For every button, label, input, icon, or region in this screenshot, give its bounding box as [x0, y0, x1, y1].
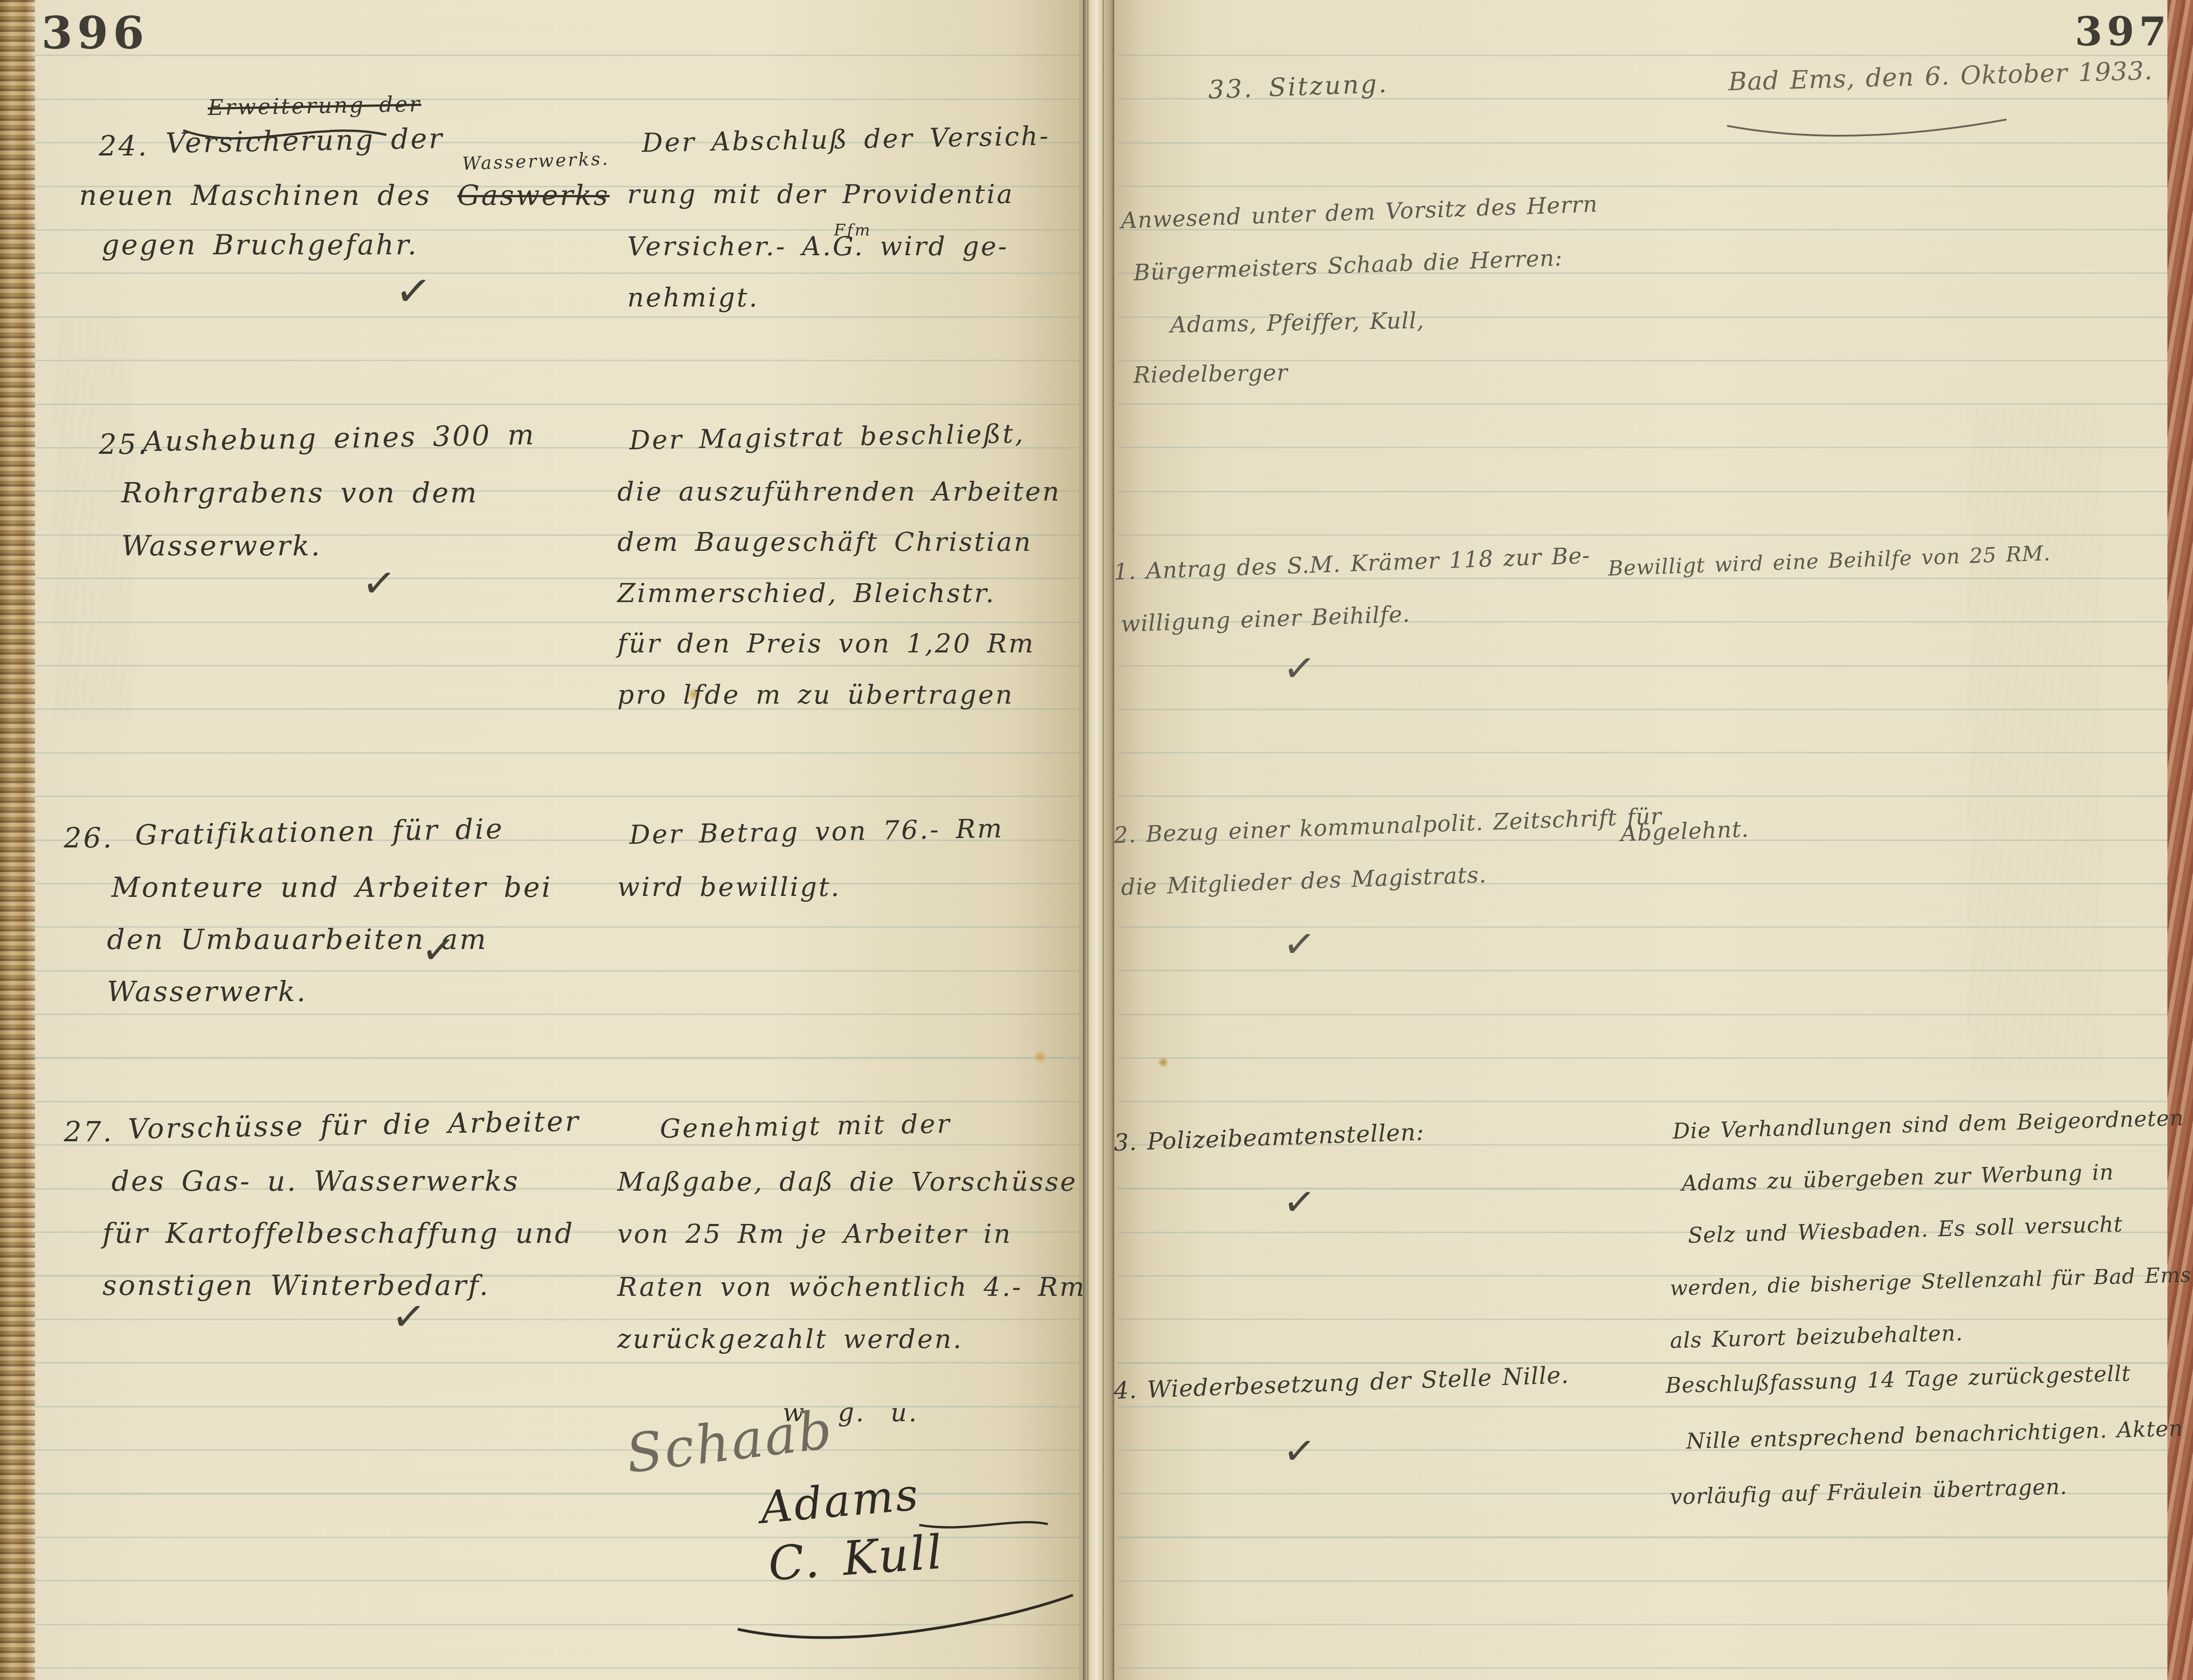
bleed-through-smudge: [1968, 404, 2103, 1078]
book-binding-edge: [0, 0, 35, 1680]
paper-stain: [1157, 1057, 1169, 1068]
item-number: 24.: [99, 129, 149, 162]
decision-line: nehmigt.: [627, 282, 759, 313]
bleed-through-smudge: [54, 315, 135, 719]
item-subject-line: Wasserwerk.: [107, 975, 307, 1008]
decision-line: wird bewilligt.: [617, 872, 841, 902]
decision-line: Genehmigt mit der: [660, 1108, 952, 1144]
decision-line: Versicher.- A.G. wird ge-: [627, 231, 1009, 262]
item-subject-line: Versicherung der: [165, 122, 444, 160]
item-subject-line: gegen Bruchgefahr.: [102, 228, 418, 261]
item-subject-line: neuen Maschinen des Gaswerks: [79, 179, 610, 212]
decision-line: die auszuführenden Arbeiten: [617, 476, 1061, 507]
checkmark-icon: ✓: [1281, 921, 1318, 969]
page-number-left: 396: [41, 6, 149, 59]
decision-line: rung mit der Providentia: [627, 179, 1014, 209]
paper-stain: [1033, 1051, 1047, 1063]
item-subject-line: sonstigen Winterbedarf.: [102, 1269, 490, 1302]
decision-line: dem Baugeschäft Christian: [617, 527, 1032, 557]
item-subject-line: für Kartoffelbeschaffung und: [102, 1217, 574, 1250]
item-number: 25.: [99, 428, 149, 461]
checkmark-icon: ✓: [1281, 1427, 1318, 1476]
page-number-right: 397: [2075, 8, 2171, 55]
decision-line: zurückgezahlt werden.: [617, 1324, 963, 1354]
item-subject-line: Aushebung eines 300 m: [143, 418, 536, 458]
item-subject-line: Monteure und Arbeiter bei: [111, 871, 552, 904]
decision-line: Abgelehnt.: [1620, 816, 1750, 847]
item-subject-line: Gratifikationen für die: [135, 812, 504, 851]
item-number: 26.: [64, 821, 114, 854]
decision-line: Der Betrag von 76.- Rm: [629, 813, 1004, 850]
item-subject-line: des Gas- u. Wasserwerks: [111, 1165, 519, 1197]
struck-word: Gaswerks: [457, 179, 610, 212]
decision-line: Raten von wöchentlich 4.- Rm: [617, 1272, 1086, 1302]
decision-line: Zimmerschied, Bleichstr.: [617, 578, 996, 608]
checkmark-icon: ✓: [1281, 645, 1318, 693]
decision-line: von 25 Rm je Arbeiter in: [617, 1219, 1012, 1249]
decision-line: Maßgabe, daß die Vorschüsse: [617, 1166, 1077, 1197]
signature-swoosh-flourish: [732, 1591, 1083, 1649]
checkmark-icon: ✓: [1281, 1179, 1318, 1227]
attendance-line: Riedelberger: [1133, 359, 1288, 388]
checkmark-icon: ✓: [419, 925, 458, 975]
item-number: 27.: [64, 1115, 114, 1148]
decision-line: für den Preis von 1,20 Rm: [617, 628, 1035, 659]
checkmark-icon: ✓: [390, 1291, 428, 1342]
checkmark-icon: ✓: [393, 264, 434, 318]
page-gutter: [1079, 0, 1118, 1680]
item-subject-line: Wasserwerk.: [121, 529, 322, 562]
item-subject-line: Rohrgrabens von dem: [121, 476, 478, 509]
decision-line: pro lfde m zu übertragen: [617, 679, 1014, 710]
binding-texture: [0, 0, 35, 1680]
checkmark-icon: ✓: [360, 558, 399, 608]
page-edge-line: [1103, 0, 1104, 1680]
subject-text: neuen Maschinen des: [79, 179, 431, 212]
page-edge-line: [1087, 0, 1089, 1680]
dateline-underline-flourish: [1724, 113, 2012, 149]
scanned-minutes-book: 396 Erweiterung der 24. Versicherung der…: [0, 0, 2193, 1680]
attendance-line: Adams, Pfeiffer, Kull,: [1170, 307, 1425, 338]
